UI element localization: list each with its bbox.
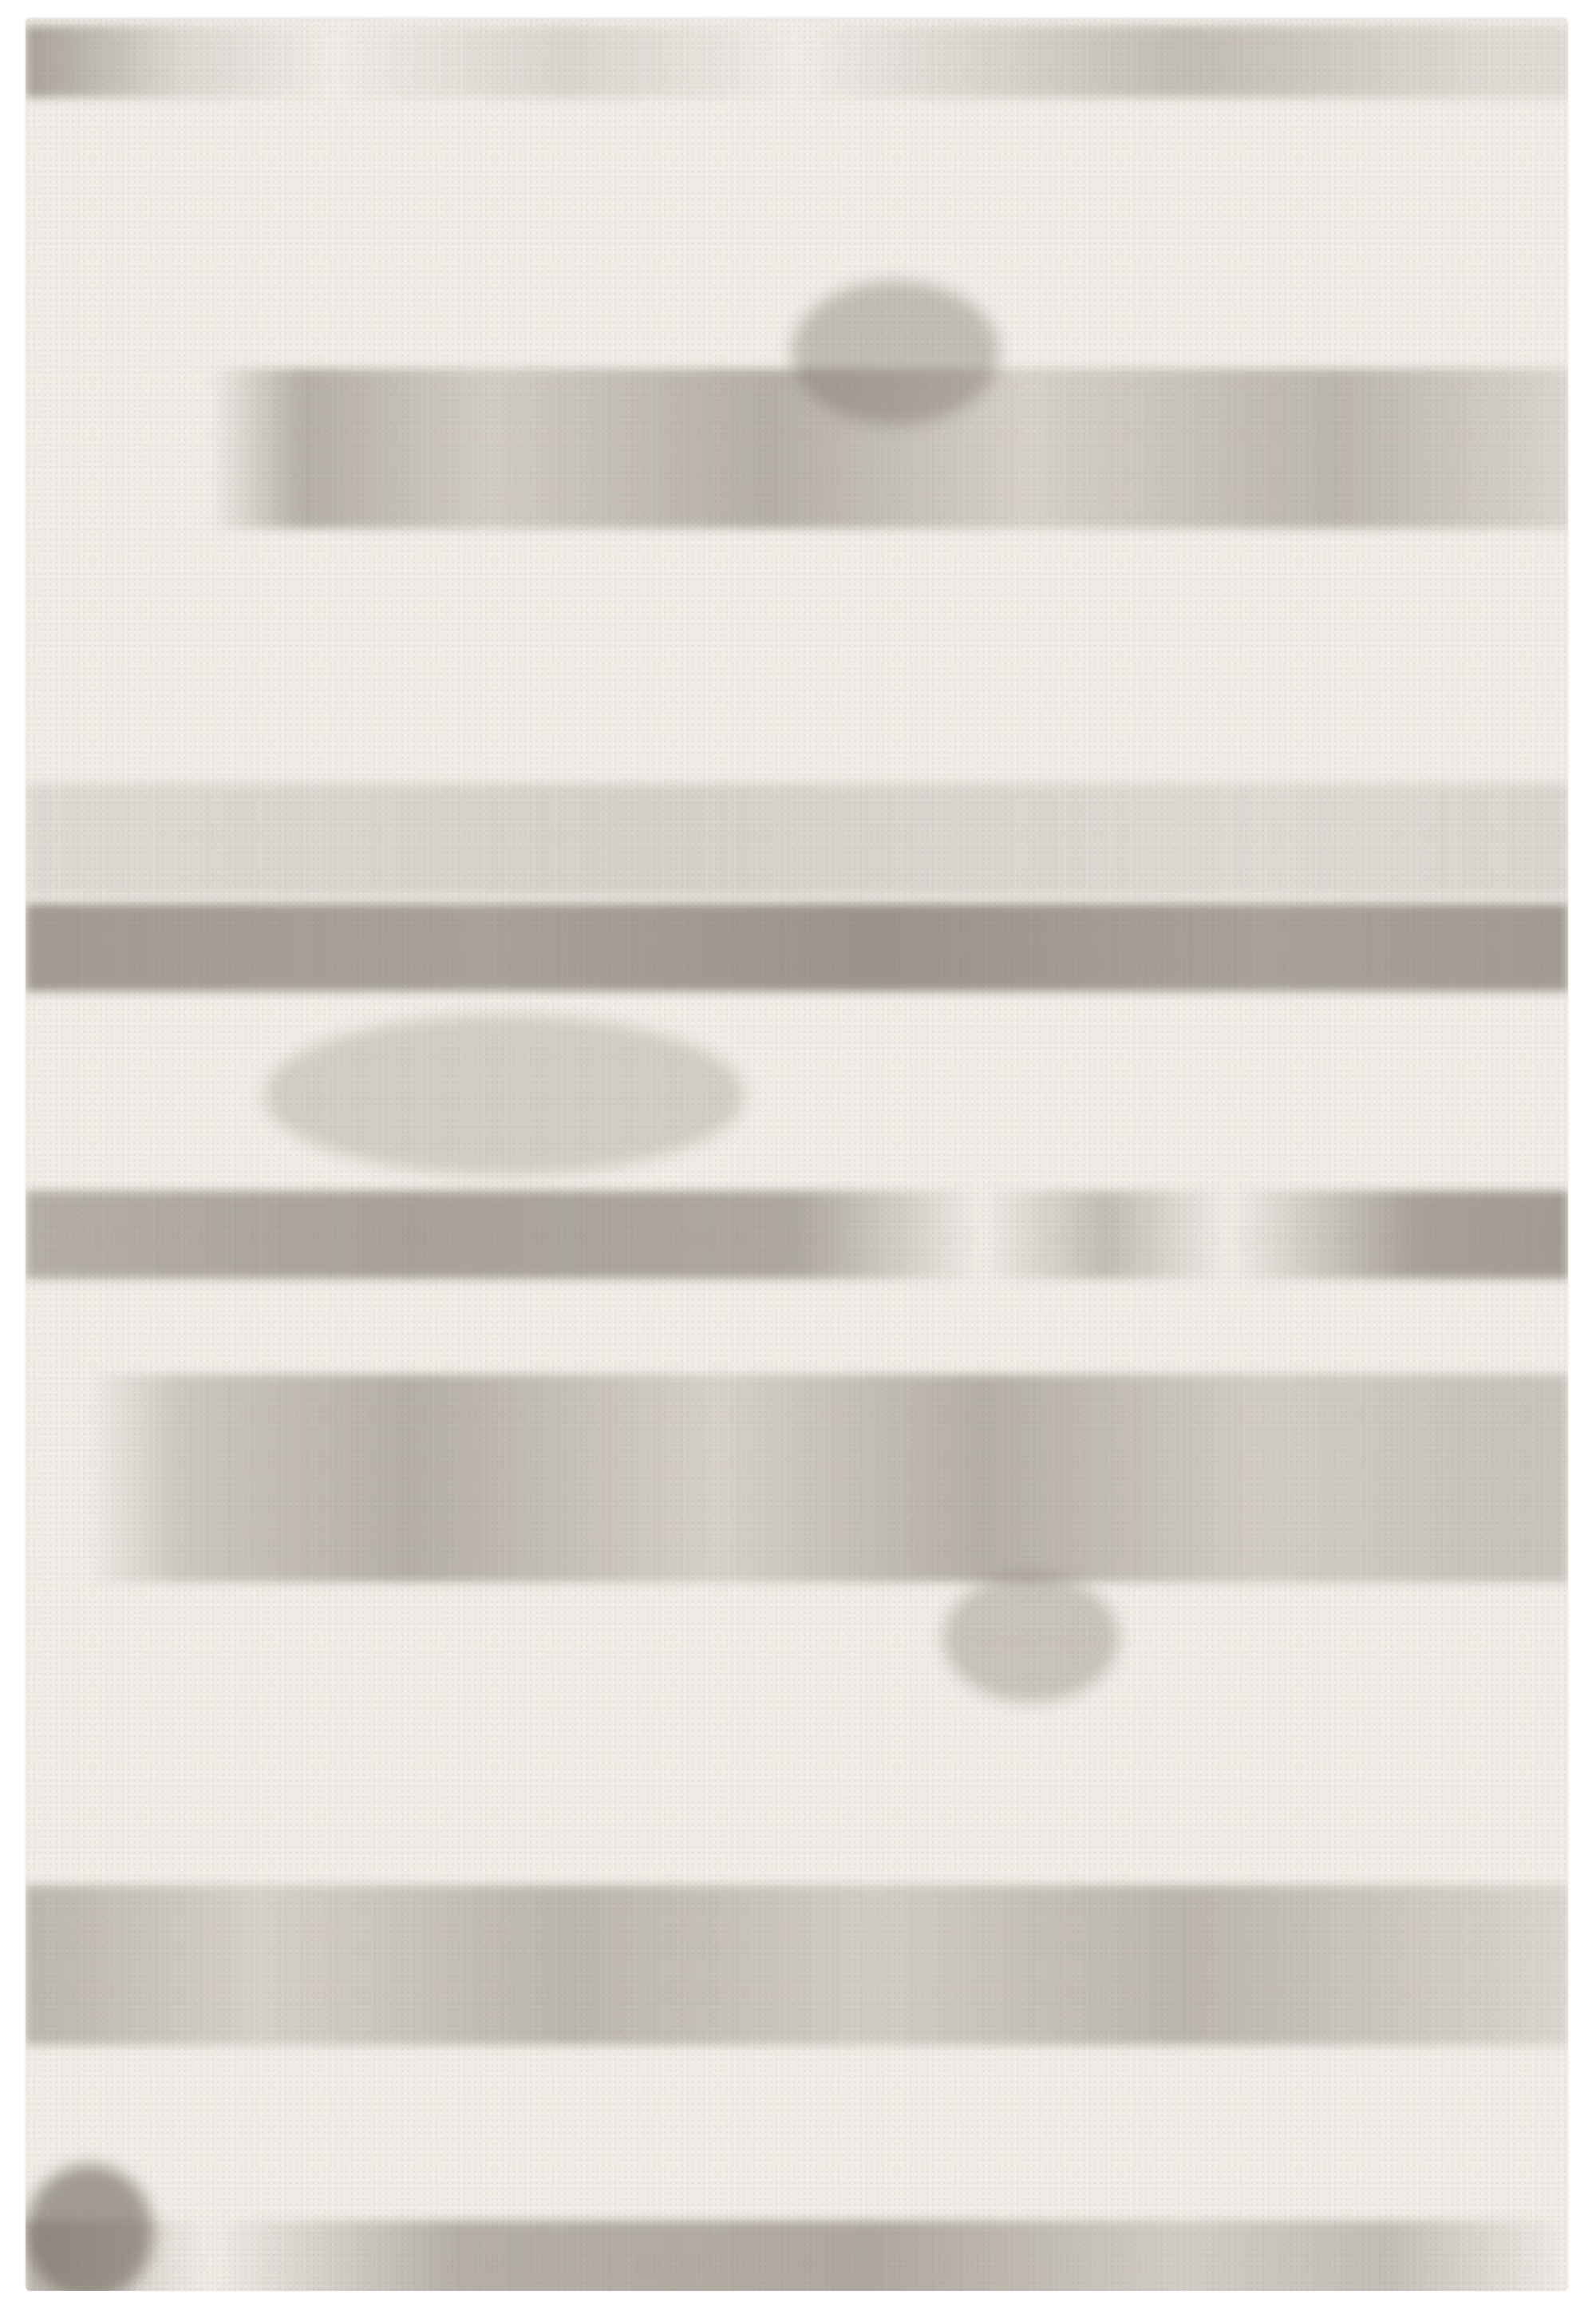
- pattern-blot: [265, 1015, 744, 1175]
- rug: [26, 18, 1568, 2291]
- pattern-blot: [943, 1574, 1119, 1702]
- pattern-band-2: [26, 369, 1568, 528]
- pattern-band-1: [26, 26, 1568, 97]
- pattern-band-3: [26, 904, 1568, 991]
- pattern-blot: [792, 281, 999, 425]
- pattern-band-3-light: [26, 784, 1568, 896]
- pattern-band-4: [26, 1191, 1568, 1279]
- pattern-band-7: [26, 2221, 1568, 2291]
- pattern-band-6: [26, 1885, 1568, 2045]
- pattern-band-5: [26, 1375, 1568, 1582]
